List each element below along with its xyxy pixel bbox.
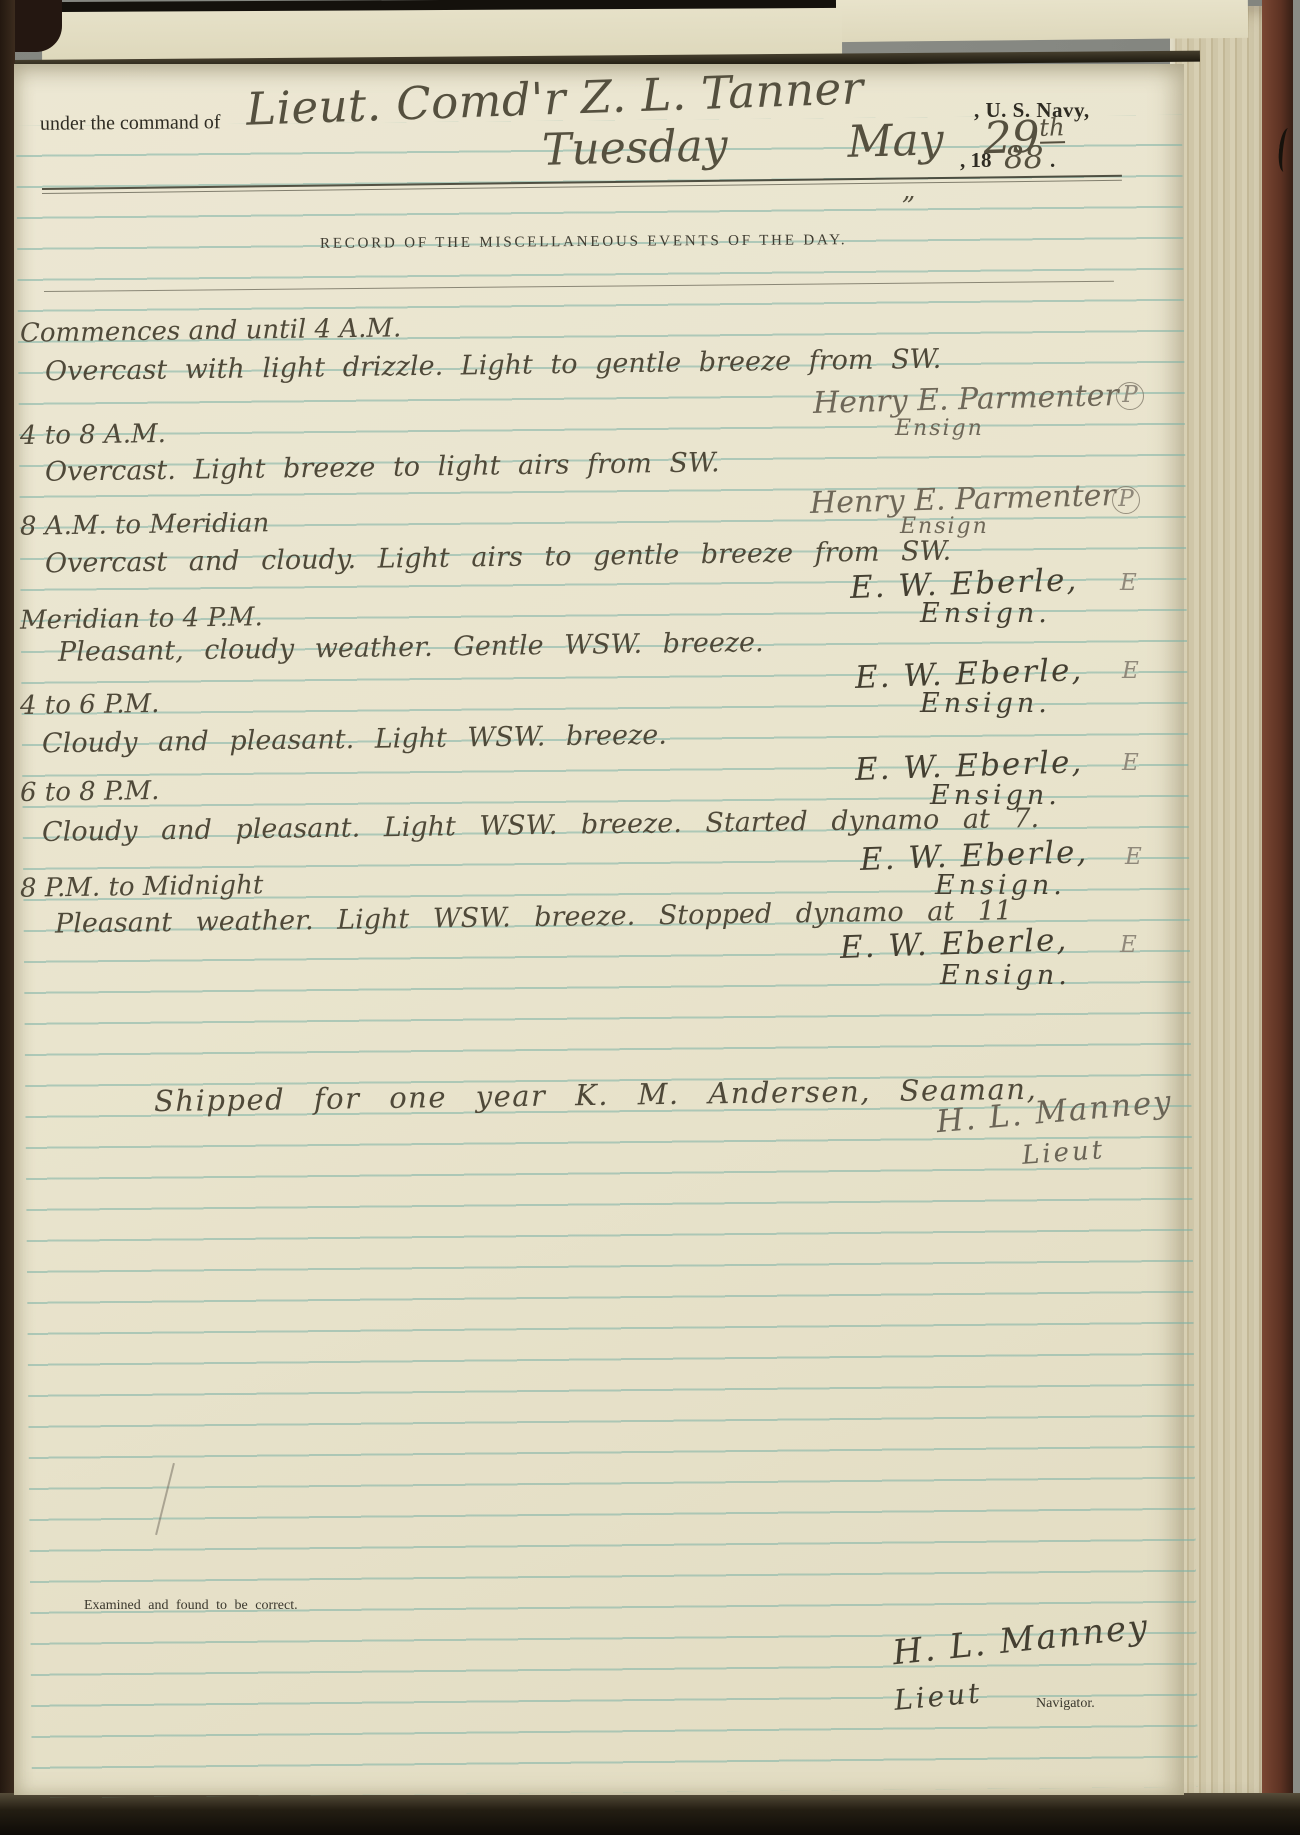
- book-bottom-dark-edge: [0, 1793, 1300, 1835]
- margin-initial-mark: E: [1122, 658, 1139, 684]
- entry-time: Meridian to 4 P.M.: [20, 602, 263, 635]
- scanned-logbook-photo: under the command of Lieut. Comd'r Z. L.…: [0, 0, 1300, 1835]
- margin-initial-mark: E: [1120, 932, 1137, 958]
- entry-signature-rank: Ensign.: [920, 598, 1051, 629]
- entry-time: 4 to 8 A.M.: [20, 419, 166, 451]
- underlying-page-edge-top-right: [828, 0, 1248, 42]
- logbook-page: under the command of Lieut. Comd'r Z. L.…: [14, 64, 1184, 1795]
- examined-statement: Examined and found to be correct.: [84, 1598, 298, 1614]
- printed-year-period: .: [1050, 148, 1055, 173]
- entry-time: 6 to 8 P.M.: [20, 776, 160, 808]
- remark-signature-rank: Lieut: [1021, 1135, 1106, 1171]
- book-cover-leather-edge: [1262, 0, 1296, 1835]
- entry-time: Commences and until 4 A.M.: [20, 313, 402, 348]
- date-ditto-mark: „: [902, 176, 915, 206]
- printed-navigator-title: Navigator.: [1036, 1696, 1095, 1712]
- year-script: 88: [1004, 140, 1043, 176]
- entry-time: 4 to 6 P.M.: [20, 689, 160, 721]
- entry-time: 8 P.M. to Midnight: [20, 870, 264, 903]
- book-spine-left-edge: [0, 0, 15, 1835]
- entry-time: 8 A.M. to Meridian: [20, 508, 270, 541]
- margin-initial-mark: E: [1125, 844, 1142, 870]
- margin-initial-mark: P: [1112, 486, 1140, 514]
- printed-year-prefix: , 18: [960, 148, 992, 173]
- printed-command-prefix: under the command of: [40, 111, 221, 136]
- entry-signature-rank: Ensign.: [920, 688, 1051, 719]
- background-right: [1293, 0, 1300, 1835]
- entry-signature-rank: Ensign.: [940, 960, 1071, 991]
- entry-signature-rank: Ensign: [895, 416, 984, 441]
- margin-initial-mark: P: [1116, 382, 1144, 410]
- margin-initial-mark: E: [1120, 570, 1137, 596]
- margin-initial-mark: E: [1122, 750, 1139, 776]
